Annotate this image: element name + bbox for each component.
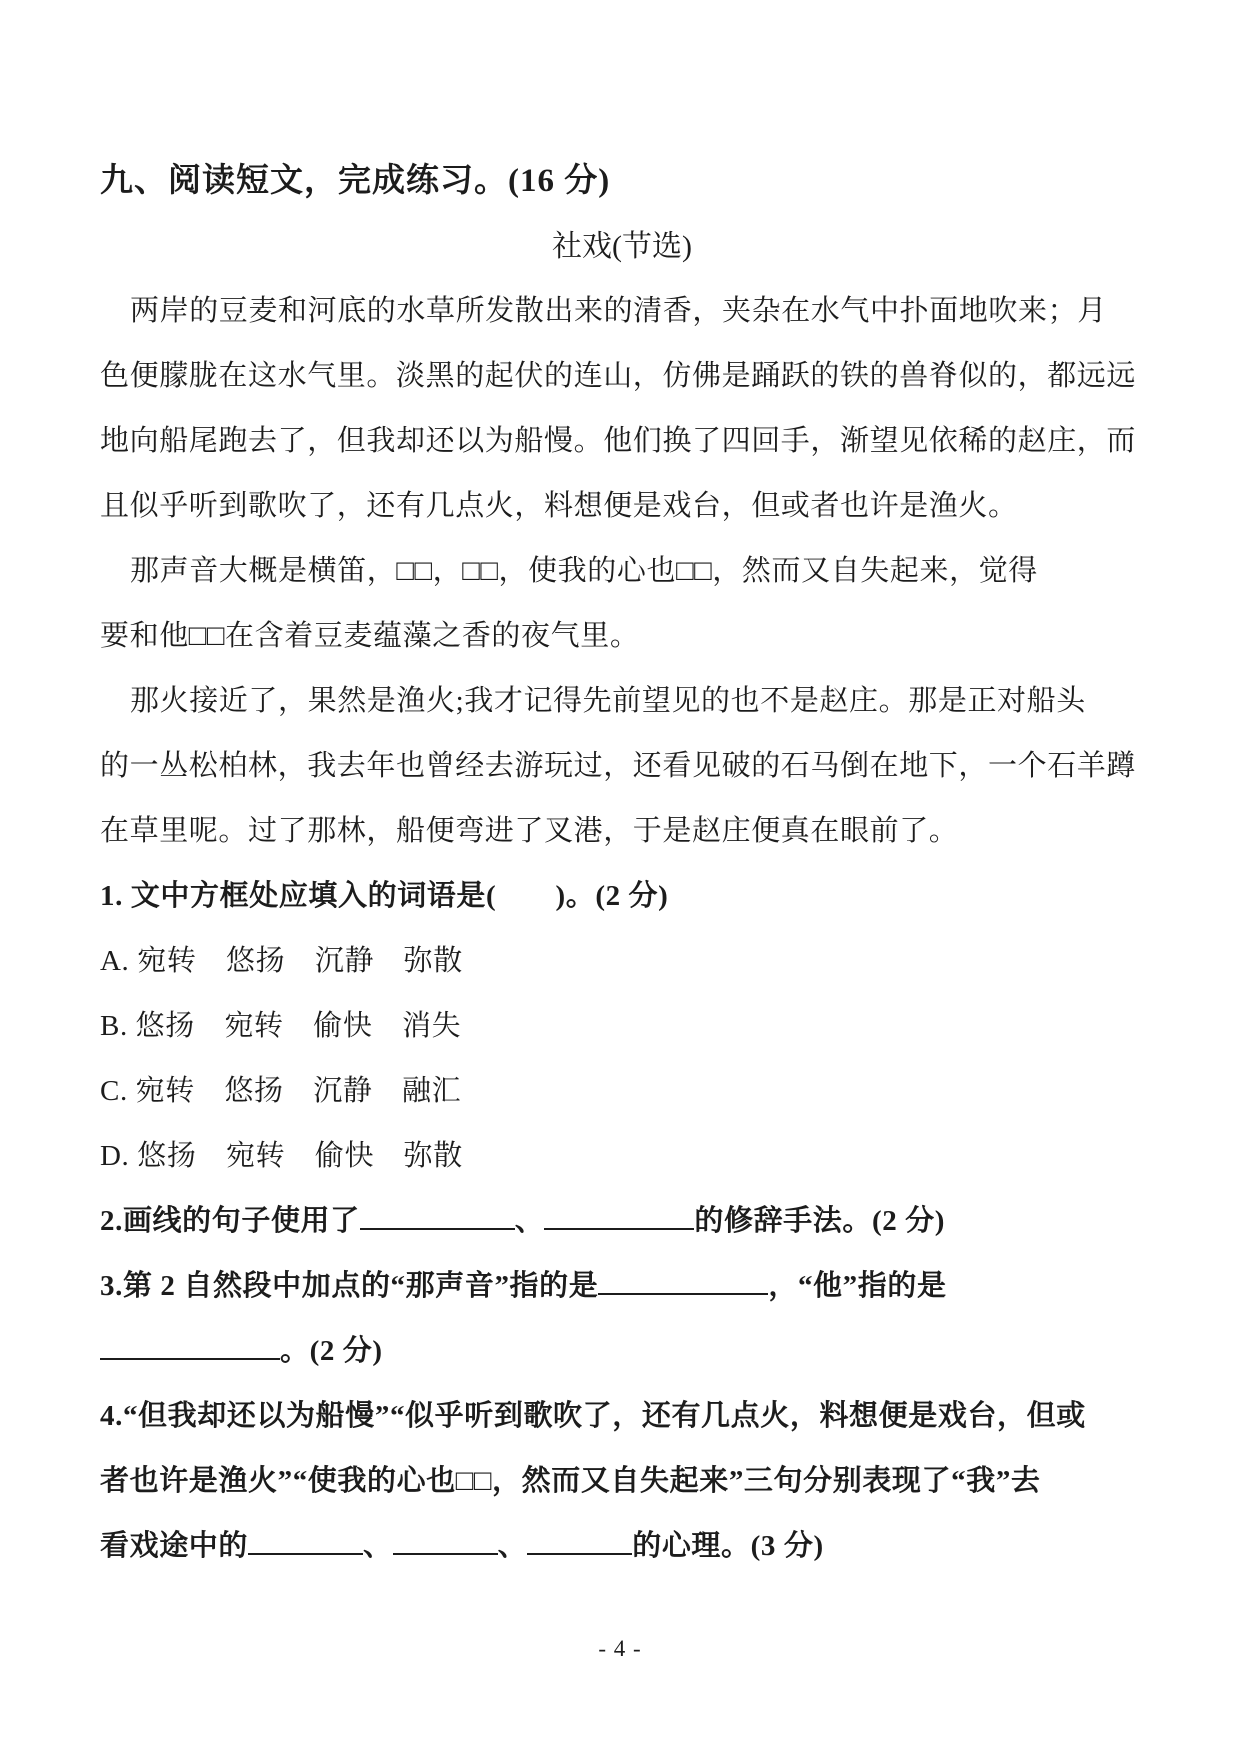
question-4-separator-2: 、 bbox=[498, 1530, 528, 1562]
page-content: 九、阅读短文，完成练习。(16 分) 社戏(节选) 两岸的豆麦和河底的水草所发散… bbox=[100, 148, 1144, 1579]
paragraph-1-line-3: 地向船尾跑去了，但我却还以为船慢。他们换了四回手，渐望见依稀的赵庄，而 bbox=[100, 409, 1144, 474]
paragraph-1-line-2: 色便朦胧在这水气里。淡黑的起伏的连山，仿佛是踊跃的铁的兽脊似的，都远远 bbox=[100, 344, 1144, 409]
question-1-option-d: D. 悠扬 宛转 偷快 弥散 bbox=[100, 1124, 1144, 1189]
section-heading: 九、阅读短文，完成练习。(16 分) bbox=[100, 148, 1144, 214]
answer-blank bbox=[598, 1268, 768, 1295]
question-4-line-3: 看戏途中的、、的心理。(3 分) bbox=[100, 1514, 1144, 1579]
question-3-line-1: 3.第 2 自然段中加点的“那声音”指的是，“他”指的是 bbox=[100, 1254, 1144, 1319]
page-number: - 4 - bbox=[0, 1636, 1240, 1662]
answer-blank bbox=[360, 1203, 515, 1230]
question-4-line-2: 者也许是渔火”“使我的心也□□，然而又自失起来”三句分别表现了“我”去 bbox=[100, 1449, 1144, 1514]
question-3-text-post: ，“他”指的是 bbox=[768, 1270, 946, 1302]
paragraph-1-line-1: 两岸的豆麦和河底的水草所发散出来的清香，夹杂在水气中扑面地吹来；月 bbox=[100, 279, 1144, 344]
question-4-line-1: 4.“但我却还以为船慢”“似乎听到歌吹了，还有几点火，料想便是戏台，但或 bbox=[100, 1384, 1144, 1449]
paragraph-2-line-1: 那声音大概是横笛，□□，□□，使我的心也□□，然而又自失起来，觉得 bbox=[100, 539, 1144, 604]
question-3-line2-text: 。(2 分) bbox=[280, 1335, 383, 1367]
question-1-option-b: B. 悠扬 宛转 偷快 消失 bbox=[100, 994, 1144, 1059]
answer-blank bbox=[248, 1528, 363, 1555]
question-2-text-post: 的修辞手法。(2 分) bbox=[694, 1205, 945, 1237]
question-3-text-pre: 3.第 2 自然段中加点的“那声音”指的是 bbox=[100, 1270, 598, 1302]
answer-blank bbox=[100, 1333, 280, 1360]
question-3-line-2: 。(2 分) bbox=[100, 1319, 1144, 1384]
question-4-separator-1: 、 bbox=[363, 1530, 393, 1562]
answer-blank bbox=[393, 1528, 498, 1555]
paragraph-1-line-4: 且似乎听到歌吹了，还有几点火，料想便是戏台，但或者也许是渔火。 bbox=[100, 474, 1144, 539]
question-4-text-post: 的心理。(3 分) bbox=[632, 1530, 823, 1562]
question-2-separator: 、 bbox=[515, 1205, 545, 1237]
question-2-stem: 2.画线的句子使用了、的修辞手法。(2 分) bbox=[100, 1189, 1144, 1254]
paragraph-2-line-2: 要和他□□在含着豆麦蕴藻之香的夜气里。 bbox=[100, 604, 1144, 669]
paragraph-3-line-2: 的一丛松柏林，我去年也曾经去游玩过，还看见破的石马倒在地下，一个石羊蹲 bbox=[100, 734, 1144, 799]
question-1-option-c: C. 宛转 悠扬 沉静 融汇 bbox=[100, 1059, 1144, 1124]
question-1-option-a: A. 宛转 悠扬 沉静 弥散 bbox=[100, 929, 1144, 994]
question-2-text-pre: 2.画线的句子使用了 bbox=[100, 1205, 360, 1237]
exam-page: 九、阅读短文，完成练习。(16 分) 社戏(节选) 两岸的豆麦和河底的水草所发散… bbox=[0, 0, 1240, 1754]
question-1-stem: 1. 文中方框处应填入的词语是( )。(2 分) bbox=[100, 864, 1144, 929]
answer-blank bbox=[527, 1528, 632, 1555]
paragraph-3-line-1: 那火接近了，果然是渔火;我才记得先前望见的也不是赵庄。那是正对船头 bbox=[100, 669, 1144, 734]
answer-blank bbox=[544, 1203, 694, 1230]
paragraph-3-line-3: 在草里呢。过了那林，船便弯进了叉港，于是赵庄便真在眼前了。 bbox=[100, 799, 1144, 864]
passage-title: 社戏(节选) bbox=[100, 214, 1144, 279]
question-4-text-pre: 看戏途中的 bbox=[100, 1530, 248, 1562]
